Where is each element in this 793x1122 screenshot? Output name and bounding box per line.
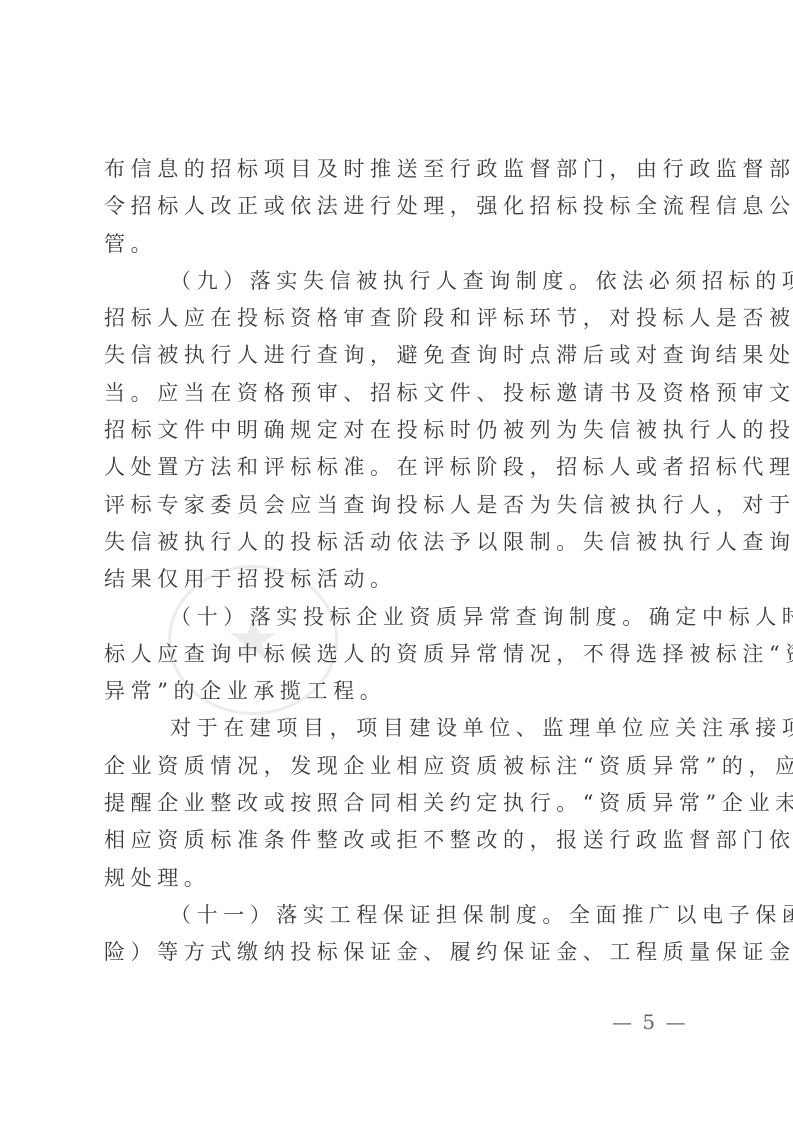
text-line: 失信被执行人的投标活动依法予以限制。失信被执行人查询信息: [104, 524, 696, 561]
document-page: ★ 布信息的招标项目及时推送至行政监督部门，由行政监督部门责 令招标人改正或依法…: [0, 0, 793, 1122]
text-line: 令招标人改正或依法进行处理，强化招标投标全流程信息公开监: [104, 188, 696, 225]
text-line: 异常”的企业承揽工程。: [104, 673, 696, 710]
text-line: 结果仅用于招投标活动。: [104, 561, 696, 598]
body-text: 布信息的招标项目及时推送至行政监督部门，由行政监督部门责 令招标人改正或依法进行…: [104, 151, 696, 972]
text-line: 险）等方式缴纳投标保证金、履约保证金、工程质量保证金。投: [104, 934, 696, 971]
text-line: 失信被执行人进行查询，避免查询时点滞后或对查询结果处置不: [104, 337, 696, 374]
text-line: 布信息的招标项目及时推送至行政监督部门，由行政监督部门责: [104, 151, 696, 188]
text-line: 企业资质情况，发现企业相应资质被标注“资质异常”的，应及时: [104, 748, 696, 785]
text-line: 管。: [104, 226, 696, 263]
text-line: 招标人应在投标资格审查阶段和评标环节，对投标人是否被列为: [104, 300, 696, 337]
text-line: 招标文件中明确规定对在投标时仍被列为失信被执行人的投标: [104, 412, 696, 449]
text-line: 规处理。: [104, 860, 696, 897]
text-line: 提醒企业整改或按照合同相关约定执行。“资质异常”企业未按照: [104, 785, 696, 822]
section-heading-11: （十一）落实工程保证担保制度。全面推广以电子保函（保: [104, 897, 696, 934]
text-line: 标人应查询中标候选人的资质异常情况，不得选择被标注“资质: [104, 636, 696, 673]
paragraph-start: 对于在建项目，项目建设单位、监理单位应关注承接项目的: [104, 710, 696, 747]
section-heading-10: （十）落实投标企业资质异常查询制度。确定中标人时，招: [104, 599, 696, 636]
text-line: 评标专家委员会应当查询投标人是否为失信被执行人，对于属于: [104, 487, 696, 524]
text-line: 相应资质标准条件整改或拒不整改的，报送行政监督部门依法依: [104, 822, 696, 859]
text-line: 当。应当在资格预审、招标文件、投标邀请书及资格预审文件、: [104, 375, 696, 412]
text-line: 人处置方法和评标标准。在评标阶段，招标人或者招标代理机构、: [104, 449, 696, 486]
page-number: — 5 —: [612, 1010, 687, 1034]
section-heading-9: （九）落实失信被执行人查询制度。依法必须招标的项目，: [104, 263, 696, 300]
